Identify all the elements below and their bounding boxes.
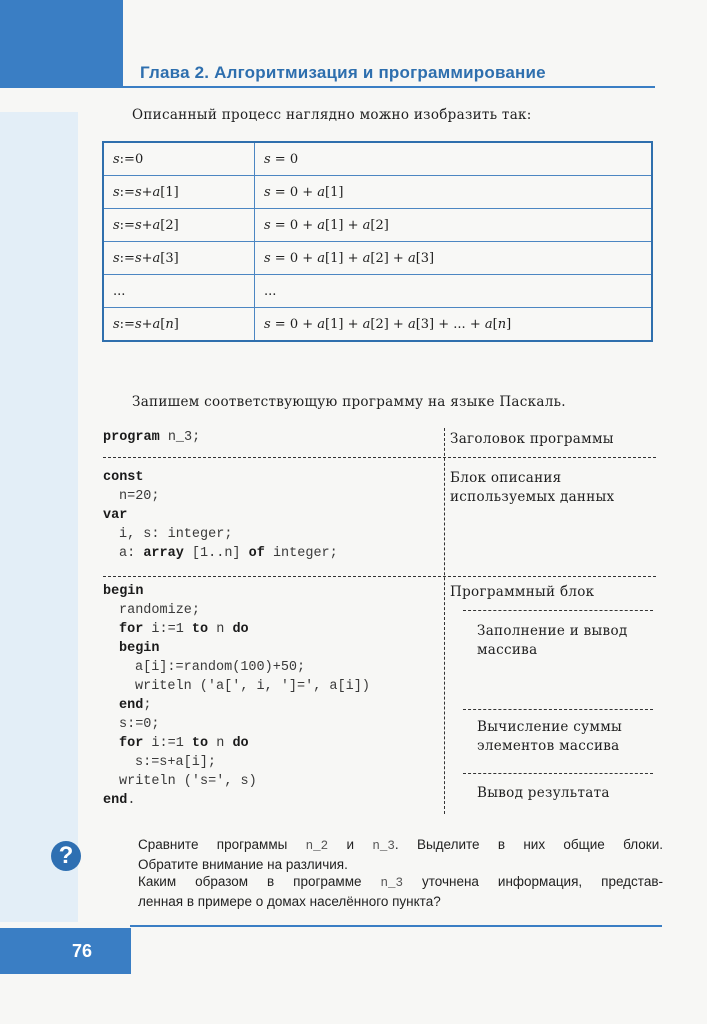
trace-result-cell: ... xyxy=(255,275,653,308)
trace-table-row: s:=s+a[3]s = 0 + a[1] + a[2] + a[3] xyxy=(103,242,652,275)
divider-fill-sum xyxy=(463,709,653,710)
code-line: for i:=1 to n do xyxy=(119,736,249,751)
trace-table-row: s:=0s = 0 xyxy=(103,142,652,176)
annotation-output: Вывод результата xyxy=(477,784,610,803)
trace-result-cell: s = 0 + a[1] + a[2] + a[3] + ... + a[n] xyxy=(255,308,653,342)
code-line: var xyxy=(103,508,127,523)
code-line: a[i]:=random(100)+50; xyxy=(135,660,305,675)
vertical-divider xyxy=(444,428,445,814)
trace-table-row: s:=s+a[n]s = 0 + a[1] + a[2] + a[3] + ..… xyxy=(103,308,652,342)
corner-color-block xyxy=(0,0,123,88)
code-line: end. xyxy=(103,793,135,808)
annotation-program-block: Программный блок xyxy=(450,583,594,602)
annotation-sum-line2: элементов массива xyxy=(477,737,620,756)
question-line-2: Обратите внимание на различия. xyxy=(138,856,663,874)
code-line: const xyxy=(103,470,144,485)
sum-trace-table: s:=0s = 0s:=s+a[1]s = 0 + a[1]s:=s+a[2]s… xyxy=(102,141,653,342)
divider-program-fill xyxy=(463,610,653,611)
footer-rule xyxy=(130,925,662,927)
code-line: begin xyxy=(119,641,160,656)
trace-table-row: ...... xyxy=(103,275,652,308)
question-line-1: Сравните программы n_2 и n_3. Выделите в… xyxy=(138,836,663,856)
annotation-header-block: Заголовок программы xyxy=(450,430,614,449)
question-line-3: Каким образом в программе n_3 уточнена и… xyxy=(138,873,663,893)
page-number-box: 76 xyxy=(0,928,131,974)
code-line: begin xyxy=(103,584,144,599)
side-margin-stripe xyxy=(0,112,78,922)
code-line: for i:=1 to n do xyxy=(119,622,249,637)
code-line: s:=s+a[i]; xyxy=(135,755,216,770)
code-line: writeln ('s=', s) xyxy=(119,774,257,789)
question-block: Сравните программы n_2 и n_3. Выделите в… xyxy=(138,836,663,910)
annotation-data-block-line1: Блок описания xyxy=(450,469,562,488)
trace-statement-cell: s:=s+a[3] xyxy=(103,242,255,275)
program-listing: program n_3;constn=20;vari, s: integer;a… xyxy=(103,428,658,818)
program-intro-paragraph: Запишем соответствующую программу на язы… xyxy=(132,394,566,410)
code-line: program n_3; xyxy=(103,430,200,445)
trace-statement-cell: s:=s+a[2] xyxy=(103,209,255,242)
question-line-4: ленная в примере о домах населённого пун… xyxy=(138,893,663,911)
trace-statement-cell: s:=s+a[1] xyxy=(103,176,255,209)
code-line: a: array [1..n] of integer; xyxy=(119,546,338,561)
annotation-fill-line1: Заполнение и вывод xyxy=(477,622,628,641)
chapter-title: Глава 2. Алгоритмизация и программирован… xyxy=(140,63,546,83)
annotation-data-block-line2: используемых данных xyxy=(450,488,614,507)
trace-result-cell: s = 0 + a[1] + a[2] xyxy=(255,209,653,242)
annotation-fill-line2: массива xyxy=(477,641,537,660)
code-line: writeln ('a[', i, ']=', a[i]) xyxy=(135,679,370,694)
question-mark-icon: ? xyxy=(51,841,81,871)
page-number: 76 xyxy=(72,941,92,962)
code-line: end; xyxy=(119,698,151,713)
code-line: n=20; xyxy=(119,489,160,504)
code-line: randomize; xyxy=(119,603,200,618)
trace-result-cell: s = 0 + a[1] + a[2] + a[3] xyxy=(255,242,653,275)
trace-table-row: s:=s+a[1]s = 0 + a[1] xyxy=(103,176,652,209)
intro-paragraph: Описанный процесс наглядно можно изобраз… xyxy=(132,107,532,123)
trace-result-cell: s = 0 xyxy=(255,142,653,176)
trace-table-row: s:=s+a[2]s = 0 + a[1] + a[2] xyxy=(103,209,652,242)
divider-data-program xyxy=(103,576,656,577)
annotation-sum-line1: Вычисление суммы xyxy=(477,718,622,737)
chapter-underline xyxy=(123,86,655,88)
divider-header-data xyxy=(103,457,656,458)
trace-result-cell: s = 0 + a[1] xyxy=(255,176,653,209)
code-line: s:=0; xyxy=(119,717,160,732)
trace-statement-cell: s:=s+a[n] xyxy=(103,308,255,342)
trace-statement-cell: ... xyxy=(103,275,255,308)
trace-statement-cell: s:=0 xyxy=(103,142,255,176)
divider-sum-output xyxy=(463,773,653,774)
code-line: i, s: integer; xyxy=(119,527,232,542)
